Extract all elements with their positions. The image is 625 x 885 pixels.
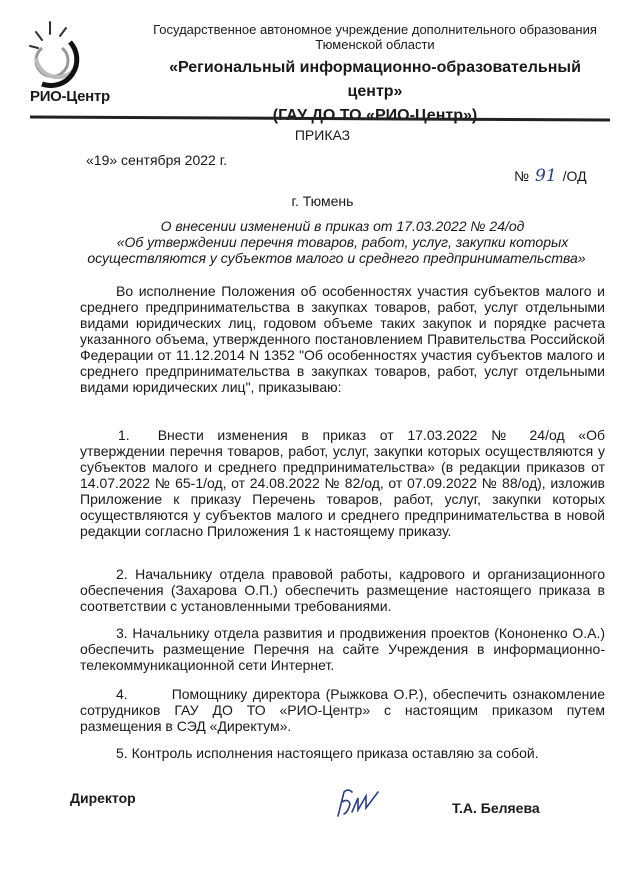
number-handwritten: 91: [535, 166, 557, 186]
org-line: Государственное автономное учреждение до…: [140, 22, 610, 52]
doc-city: г. Тюмень: [0, 193, 625, 209]
preamble: Во исполнение Положения об особенностях …: [80, 283, 605, 395]
item-number: 3.: [116, 625, 128, 641]
doc-subject: О внесении изменений в приказ от 17.03.2…: [90, 218, 595, 266]
logo-text: РИО-Центр: [30, 88, 110, 105]
subject-line: О внесении изменений в приказ от 17.03.2…: [90, 218, 595, 234]
doc-date: «19» сентября 2022 г.: [86, 152, 227, 168]
handwritten-signature-icon: [334, 786, 384, 818]
signer-name: Т.А. Беляева: [452, 800, 540, 816]
order-item-5: 5. Контроль исполнения настоящего приказ…: [80, 745, 605, 761]
item-number: 1.: [118, 427, 130, 443]
order-item-3: 3. Начальнику отдела развития и продвиже…: [80, 625, 605, 673]
org-line-2: Тюменской области: [140, 37, 610, 52]
order-item-2: 2. Начальнику отдела правовой работы, ка…: [80, 566, 605, 614]
item-text: Внести изменения в приказ от 17.03.2022 …: [80, 427, 605, 539]
number-suffix: /ОД: [563, 168, 587, 184]
doc-number: №91/ОД: [514, 166, 587, 186]
subject-line: «Об утверждении перечня товаров, работ, …: [90, 234, 595, 250]
order-item-1: 1.Внести изменения в приказ от 17.03.202…: [80, 427, 605, 539]
item-number: 4.: [116, 686, 128, 702]
org-name: «Региональный информационно-образователь…: [140, 56, 610, 104]
org-line-1: Государственное автономное учреждение до…: [140, 22, 610, 37]
doc-type: ПРИКАЗ: [0, 127, 625, 143]
signer-title: Директор: [70, 790, 136, 806]
item-text: Начальнику отдела развития и продвижения…: [80, 625, 605, 673]
subject-line: осуществляются у субъектов малого и сред…: [78, 250, 595, 266]
order-item-4: 4.Помощнику директора (Рыжкова О.Р.), об…: [80, 686, 605, 734]
item-text: Контроль исполнения настоящего приказа о…: [132, 745, 539, 761]
item-number: 5.: [116, 745, 128, 761]
item-text: Помощнику директора (Рыжкова О.Р.), обес…: [80, 686, 605, 734]
item-text: Начальнику отдела правовой работы, кадро…: [80, 566, 605, 614]
number-prefix: №: [514, 168, 529, 184]
item-number: 2.: [116, 566, 128, 582]
